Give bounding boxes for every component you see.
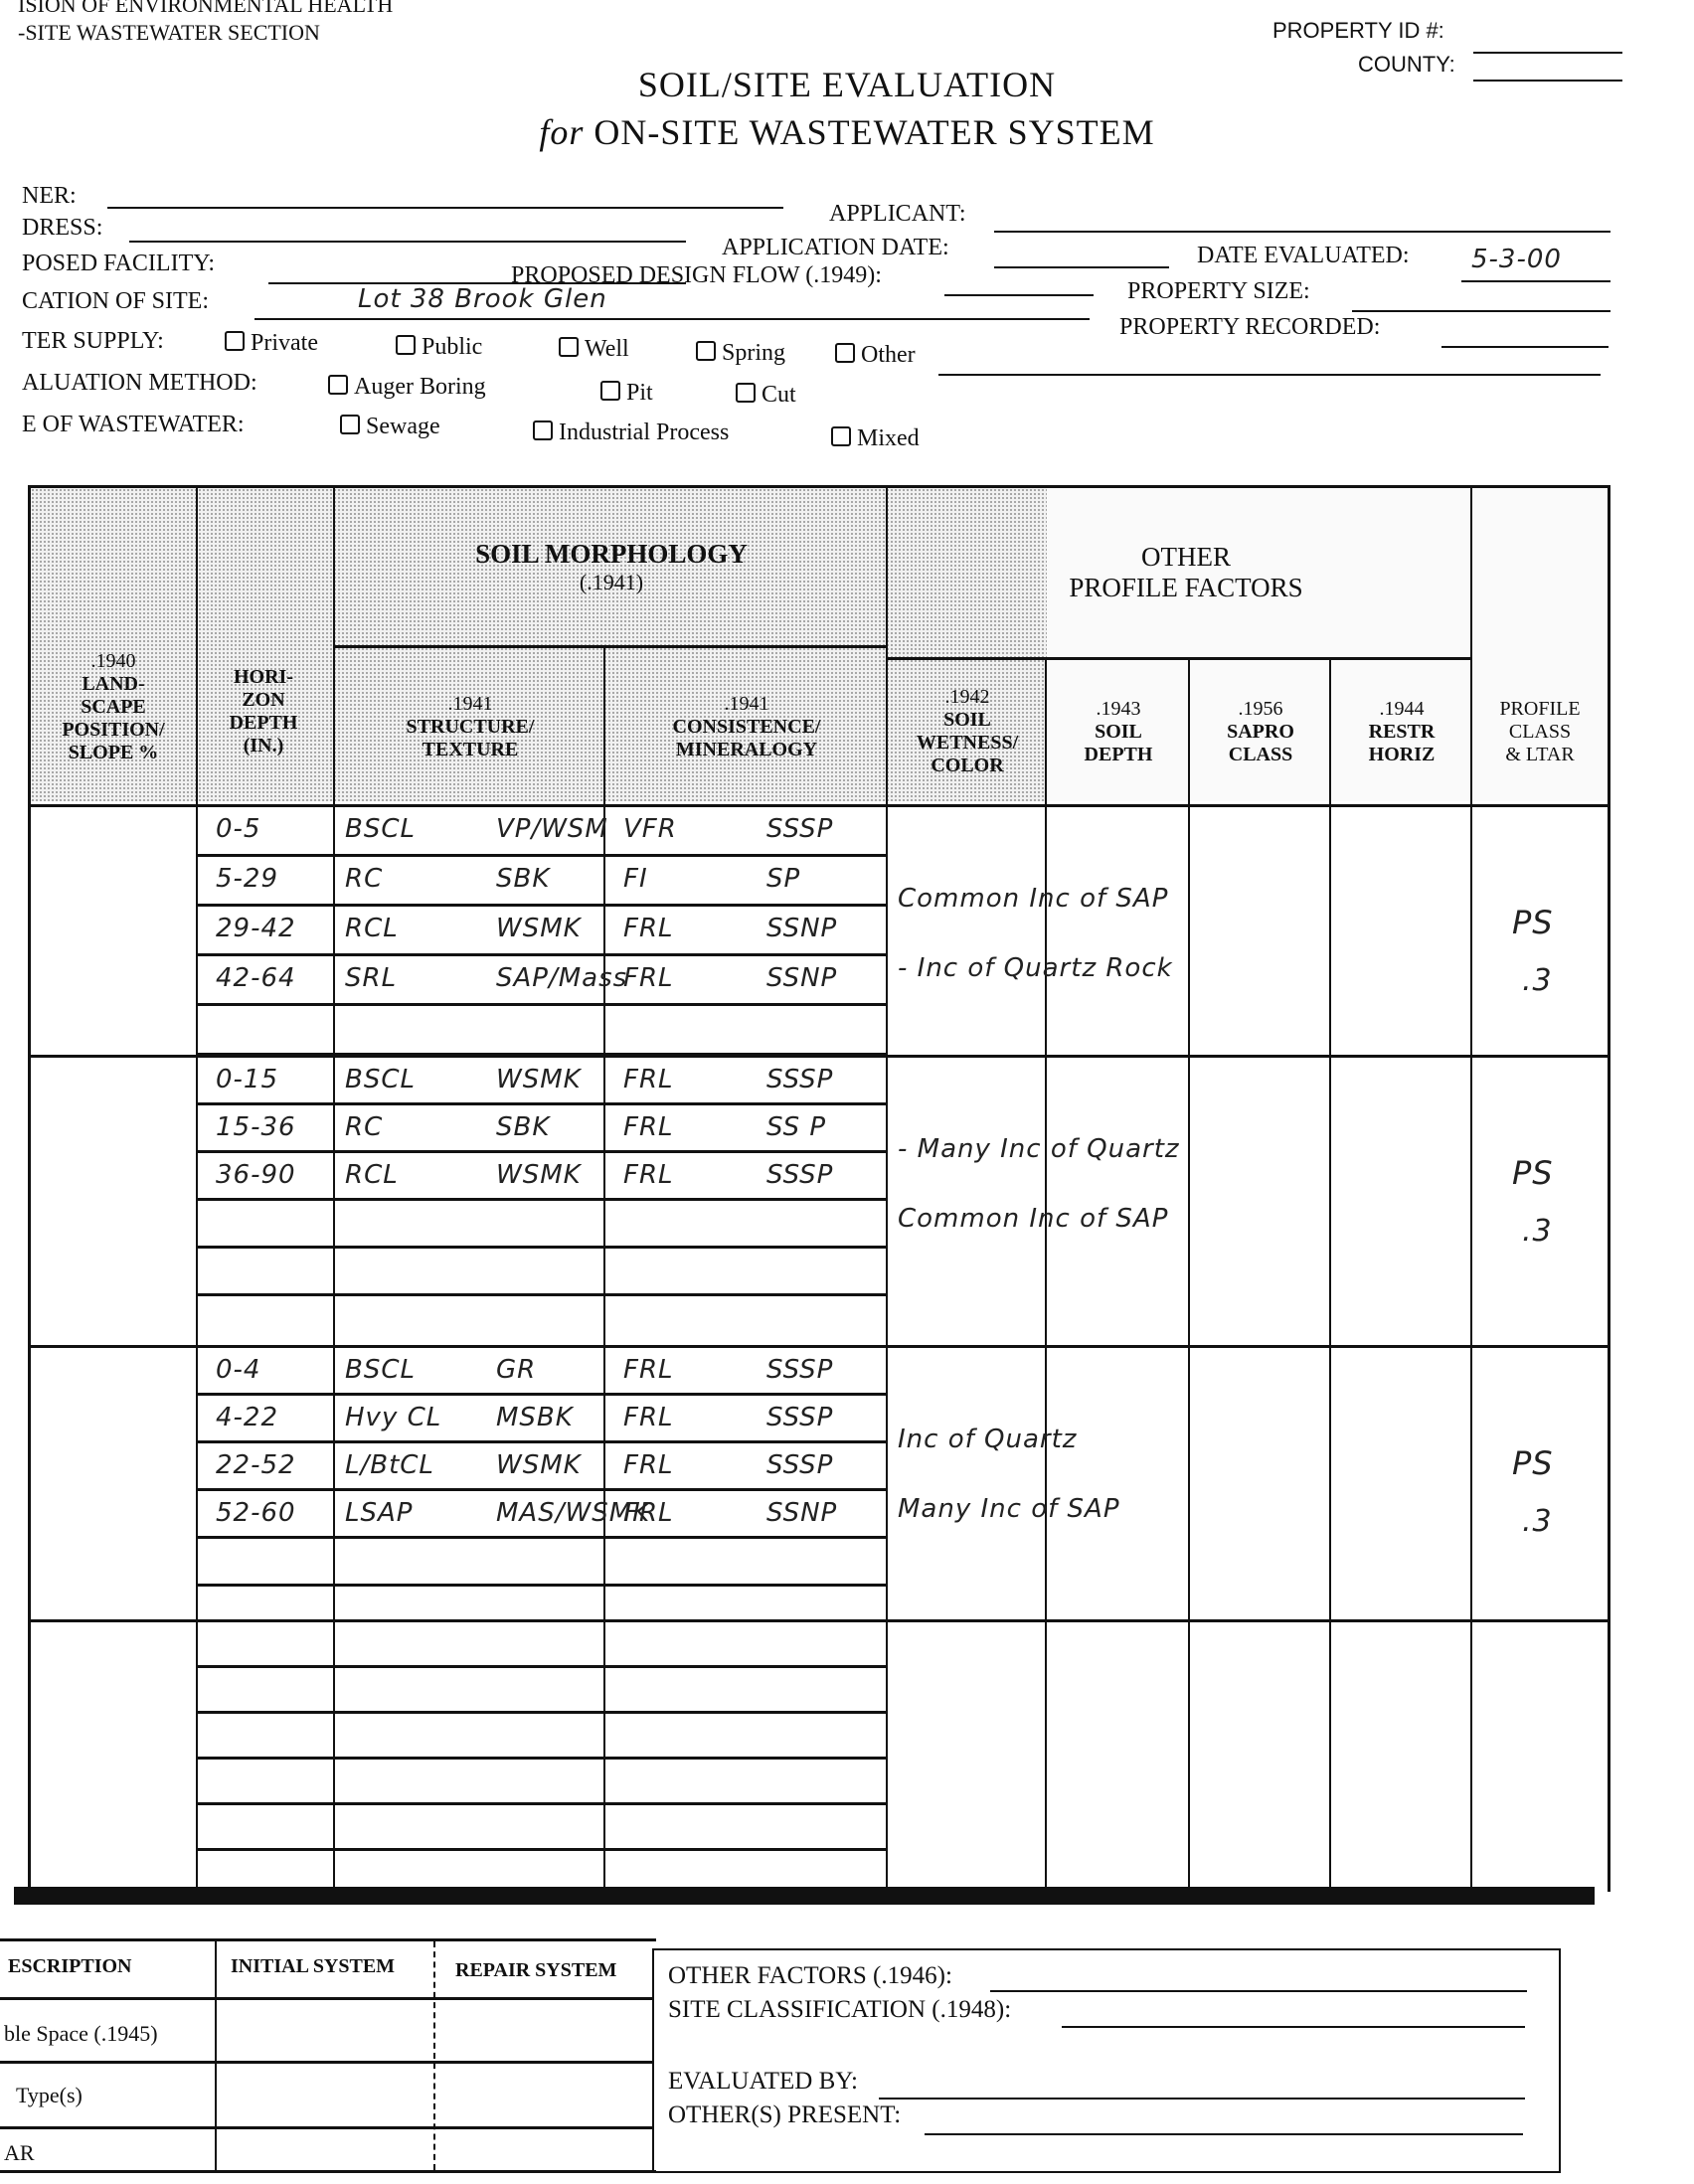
divider [196,488,198,1892]
applicant-label: APPLICANT: [829,201,965,228]
property-recorded-field[interactable] [1441,346,1609,348]
horizon-depth-cell[interactable]: 29-42 [216,914,296,943]
horizon-row-divider [196,1393,886,1396]
column-header-text: SCAPE [62,696,164,719]
checkbox-icon[interactable] [396,335,416,355]
divider [1188,657,1190,1892]
texture-cell[interactable]: WSMK [496,1160,582,1190]
form-subtitle: for ON-SITE WASTEWATER SYSTEM [0,111,1694,153]
consistence-cell[interactable]: FRL [623,914,674,943]
checkbox-icon[interactable] [533,420,553,440]
horizon-row-divider [196,1293,886,1296]
column-header-text: HORI- [230,666,298,689]
others-present-label: OTHER(S) PRESENT: [668,2101,901,2129]
texture-cell[interactable]: SBK [496,1112,550,1142]
agency-division: ISION OF ENVIRONMENTAL HEALTH [18,0,393,18]
horizon-depth-cell[interactable]: 0-4 [216,1355,260,1385]
checkbox-icon[interactable] [831,426,851,446]
col-header-restr-horiz: .1944RESTRHORIZ [1331,657,1472,806]
column-header-text: SAPRO [1227,721,1294,744]
horizon-row-divider [196,1584,886,1587]
horizon-row-divider [196,1003,886,1006]
checkbox-icon[interactable] [328,375,348,395]
property-id-field[interactable] [1473,52,1622,54]
soil-evaluation-table: SOIL MORPHOLOGY (.1941) OTHER PROFILE FA… [28,485,1610,1892]
date-evaluated-field[interactable] [1461,280,1610,282]
checkbox-icon[interactable] [225,331,245,351]
texture-cell[interactable]: GR [496,1355,536,1385]
water-supply-well[interactable]: Well [559,336,629,363]
profile-separator [31,1619,1608,1622]
horizon-depth-cell[interactable]: 42-64 [216,963,296,993]
horizon-row-divider [196,904,886,907]
evaluation-method-pit[interactable]: Pit [600,380,653,407]
mineralogy-cell[interactable]: SSSP [766,1355,833,1385]
soil-wetness-note[interactable]: Many Inc of SAP [898,1494,1120,1524]
mineralogy-cell[interactable]: SSSP [766,814,833,844]
systems-header-initial: INITIAL SYSTEM [231,1955,395,1978]
checkbox-icon[interactable] [559,337,579,357]
column-header-text: .1941 [407,693,535,716]
column-header-text: CONSISTENCE/ [673,716,821,739]
col-header-horizon-depth: HORI-ZONDEPTH(IN.) [196,617,331,806]
texture-cell[interactable]: WSMK [496,1065,582,1094]
column-header-text: ZON [230,689,298,712]
divider [1470,488,1472,1892]
checkbox-icon[interactable] [696,341,716,361]
column-header-text: COLOR [917,755,1018,777]
structure-cell[interactable]: SRL [345,963,397,993]
consistence-cell[interactable]: FRL [623,963,674,993]
consistence-cell[interactable]: FRL [623,1355,674,1385]
property-recorded-label: PROPERTY RECORDED: [1119,314,1380,341]
column-header-text: .1956 [1227,698,1294,721]
initial-system-ltar-cell[interactable] [219,2130,429,2168]
divider [0,2126,652,2129]
divider [31,804,1608,807]
owner-label: NER: [22,183,77,210]
evaluated-by-field[interactable] [879,2098,1525,2100]
column-header-text: MINERALOGY [673,739,821,761]
mineralogy-cell[interactable]: SSSP [766,1450,833,1480]
mineralogy-cell[interactable]: SSSP [766,1160,833,1190]
horizon-row-divider [196,1246,886,1249]
col-header-consistence-mineralogy: .1941CONSISTENCE/MINERALOGY [605,647,888,806]
group-soil-morphology: SOIL MORPHOLOGY (.1941) [335,488,888,645]
texture-cell[interactable]: MSBK [496,1403,574,1432]
mineralogy-cell[interactable]: SS P [766,1112,826,1142]
texture-cell[interactable]: SAP/Mass [496,963,627,993]
proposed-facility-label: POSED FACILITY: [22,251,215,277]
texture-cell[interactable]: WSMK [496,1450,582,1480]
column-header-text: RESTR [1369,721,1436,744]
systems-header-description: ESCRIPTION [8,1955,131,1978]
water-supply-label: TER SUPPLY: [22,328,164,355]
divider [886,488,888,1892]
column-header-text: WETNESS/ [917,732,1018,755]
divider [0,1997,652,2000]
ltar-cell[interactable]: .3 [1522,1214,1553,1249]
evaluation-method-label: ALUATION METHOD: [22,370,257,397]
column-header-text: TEXTURE [407,739,535,761]
evaluation-method-auger[interactable]: Auger Boring [328,374,486,401]
repair-system-ltar-cell[interactable] [437,2130,648,2168]
column-header-text: .1940 [62,650,164,673]
evaluation-method-cut[interactable]: Cut [736,382,796,409]
consistence-cell[interactable]: VFR [623,814,677,844]
texture-cell[interactable]: VP/WSM [496,814,608,844]
consistence-cell[interactable]: FRL [623,1160,674,1190]
wastewater-type-sewage[interactable]: Sewage [340,414,440,440]
column-header-text: .1942 [917,686,1018,709]
group-other-profile-factors: OTHER PROFILE FACTORS [888,488,1484,657]
horizon-row-divider [196,1757,886,1760]
application-date-field[interactable] [994,266,1169,268]
systems-header-repair: REPAIR SYSTEM [455,1959,616,1982]
wastewater-type-mixed[interactable]: Mixed [831,425,920,452]
horizon-row-divider [196,1665,886,1668]
mineralogy-cell[interactable]: SP [766,864,800,894]
column-header-text: POSITION/ [62,719,164,742]
divider [0,2061,652,2064]
col-header-soil-depth: .1943SOILDEPTH [1047,657,1190,806]
horizon-depth-cell[interactable]: 4-22 [216,1403,278,1432]
water-supply-private[interactable]: Private [225,330,318,357]
structure-cell[interactable]: BSCL [345,814,416,844]
divider [888,657,1472,660]
soil-wetness-note[interactable]: Common Inc of SAP [898,884,1168,914]
address-field[interactable] [129,241,686,243]
site-classification-label: SITE CLASSIFICATION (.1948): [668,1996,1011,2024]
systems-row-label: ble Space (.1945) [4,2021,158,2047]
form-subtitle-rest: ON-SITE WASTEWATER SYSTEM [584,112,1154,152]
water-supply-spring[interactable]: Spring [696,340,785,367]
property-size-label: PROPERTY SIZE: [1127,278,1310,305]
horizon-depth-cell[interactable]: 0-15 [216,1065,278,1094]
horizon-row-divider [196,1711,886,1714]
column-header-text: .1943 [1085,698,1153,721]
checkbox-icon[interactable] [600,381,620,401]
horizon-depth-cell[interactable]: 36-90 [216,1160,296,1190]
horizon-row-divider [196,1848,886,1851]
applicant-field[interactable] [994,231,1610,233]
repair-system-type-cell[interactable] [437,2065,648,2124]
systems-table: ESCRIPTION INITIAL SYSTEM REPAIR SYSTEM … [0,1938,656,2173]
structure-cell[interactable]: RC [345,1112,383,1142]
divider [335,645,888,648]
divider [1329,657,1331,1892]
horizon-row-divider [196,1488,886,1491]
consistence-cell[interactable]: FRL [623,1450,674,1480]
consistence-cell[interactable]: FRL [623,1065,674,1094]
horizon-row-divider [196,1053,886,1056]
table-footer-bar [14,1887,1595,1905]
design-flow-field[interactable] [944,294,1094,296]
column-header-text: LAND- [62,673,164,696]
column-header-text: CLASS [1227,744,1294,766]
wastewater-type-industrial[interactable]: Industrial Process [533,420,729,446]
structure-cell[interactable]: Hvy CL [345,1403,441,1432]
initial-system-space-cell[interactable] [219,2001,429,2059]
date-evaluated-value[interactable]: 5-3-00 [1471,245,1562,274]
initial-system-type-cell[interactable] [219,2065,429,2124]
site-classification-field[interactable] [1062,2026,1525,2028]
checkbox-icon[interactable] [340,415,360,434]
column-header-text: .1941 [673,693,821,716]
divider [1045,657,1047,1892]
form-title: SOIL/SITE EVALUATION [0,64,1694,105]
consistence-cell[interactable]: FI [623,864,648,894]
column-header-text: SLOPE % [62,742,164,764]
col-header-sapro-class: .1956SAPROCLASS [1190,657,1331,806]
checkbox-icon[interactable] [835,343,855,363]
texture-cell[interactable]: SBK [496,864,550,894]
soil-wetness-note[interactable]: - Inc of Quartz Rock [898,953,1173,983]
property-id-label: PROPERTY ID #: [1272,18,1444,44]
column-header-text: STRUCTURE/ [407,716,535,739]
structure-cell[interactable]: L/BtCL [345,1450,434,1480]
wastewater-type-label: E OF WASTEWATER: [22,412,245,438]
structure-cell[interactable]: RCL [345,1160,399,1190]
mineralogy-cell[interactable]: SSSP [766,1065,833,1094]
application-date-label: APPLICATION DATE: [722,235,949,261]
divider [333,488,335,1892]
structure-cell[interactable]: BSCL [345,1065,416,1094]
column-header-text: SOIL [917,709,1018,732]
column-header-text: .1944 [1369,698,1436,721]
horizon-depth-cell[interactable]: 0-5 [216,814,260,844]
date-evaluated-label: DATE EVALUATED: [1197,243,1410,269]
horizon-row-divider [196,1802,886,1805]
consistence-cell[interactable]: FRL [623,1498,674,1528]
repair-system-space-cell[interactable] [437,2001,648,2059]
col-header-profile-class: PROFILECLASS& LTAR [1472,657,1608,806]
column-header-text: HORIZ [1369,744,1436,766]
profile-class-cell[interactable]: PS [1512,904,1554,941]
address-label: DRESS: [22,215,102,242]
column-header-text: CLASS [1499,721,1580,744]
horizon-row-divider [196,1536,886,1539]
column-header-text: (IN.) [230,735,298,757]
horizon-row-divider [196,854,886,857]
column-header-text: DEPTH [1085,744,1153,766]
systems-row-label: Type(s) [16,2083,83,2108]
property-size-field[interactable] [1352,310,1610,312]
texture-cell[interactable]: WSMK [496,914,582,943]
mineralogy-cell[interactable]: SSNP [766,914,837,943]
horizon-row-divider [196,1102,886,1105]
profile-class-cell[interactable]: PS [1512,1154,1554,1192]
structure-cell[interactable]: RCL [345,914,399,943]
horizon-row-divider [196,1440,886,1443]
col-header-landscape: .1940LAND-SCAPEPOSITION/SLOPE % [31,607,196,806]
ltar-cell[interactable]: .3 [1522,963,1553,998]
other-factors-field[interactable] [990,1990,1527,1992]
soil-wetness-note[interactable]: - Many Inc of Quartz [898,1134,1180,1164]
column-header-text: DEPTH [230,712,298,735]
structure-cell[interactable]: BSCL [345,1355,416,1385]
water-supply-other[interactable]: Other [835,342,916,369]
location-label: CATION OF SITE: [22,288,209,315]
soil-wetness-note[interactable]: Common Inc of SAP [898,1204,1168,1234]
form-subtitle-for: for [539,112,584,152]
horizon-depth-cell[interactable]: 52-60 [216,1498,296,1528]
horizon-row-divider [196,953,886,956]
horizon-row-divider [196,1150,886,1153]
owner-field[interactable] [107,207,783,209]
col-header-soil-wetness: .1942SOILWETNESS/COLOR [888,657,1047,806]
structure-cell[interactable]: LSAP [345,1498,413,1528]
evaluated-by-label: EVALUATED BY: [668,2068,858,2096]
checkbox-icon[interactable] [736,383,756,403]
others-present-field[interactable] [925,2133,1523,2135]
mineralogy-cell[interactable]: SSNP [766,963,837,993]
profile-class-cell[interactable]: PS [1512,1444,1554,1482]
column-header-text: & LTAR [1499,744,1580,766]
ltar-cell[interactable]: .3 [1522,1504,1553,1539]
consistence-cell[interactable]: FRL [623,1112,674,1142]
structure-cell[interactable]: RC [345,864,383,894]
horizon-depth-cell[interactable]: 5-29 [216,864,278,894]
systems-row-label: AR [4,2140,35,2166]
soil-wetness-note[interactable]: Inc of Quartz [898,1425,1077,1454]
location-value[interactable]: Lot 38 Brook Glen [358,284,607,314]
horizon-depth-cell[interactable]: 15-36 [216,1112,296,1142]
divider [433,1941,435,2170]
water-supply-other-field[interactable] [938,374,1601,376]
horizon-depth-cell[interactable]: 22-52 [216,1450,296,1480]
mineralogy-cell[interactable]: SSNP [766,1498,837,1528]
evaluation-summary-box: OTHER FACTORS (.1946): SITE CLASSIFICATI… [652,1948,1561,2173]
divider [215,1941,217,2170]
col-header-structure-texture: .1941STRUCTURE/TEXTURE [335,647,605,806]
other-factors-label: OTHER FACTORS (.1946): [668,1962,952,1990]
water-supply-public[interactable]: Public [396,334,482,361]
consistence-cell[interactable]: FRL [623,1403,674,1432]
location-field[interactable] [254,318,1090,320]
column-header-text: PROFILE [1499,698,1580,721]
mineralogy-cell[interactable]: SSSP [766,1403,833,1432]
column-header-text: SOIL [1085,721,1153,744]
horizon-row-divider [196,1198,886,1201]
profile-separator [31,1345,1608,1348]
agency-section: -SITE WASTEWATER SECTION [18,20,320,46]
